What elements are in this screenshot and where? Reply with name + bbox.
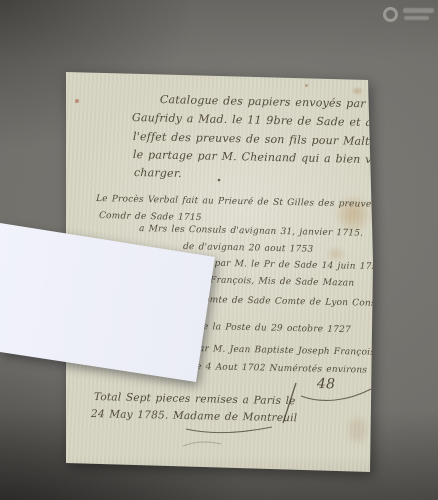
- white-paper-shadow: [0, 0, 438, 500]
- photo-background: Catalogue des papiers envoyés par Madame…: [0, 0, 438, 500]
- white-paper-overlay: [0, 0, 438, 500]
